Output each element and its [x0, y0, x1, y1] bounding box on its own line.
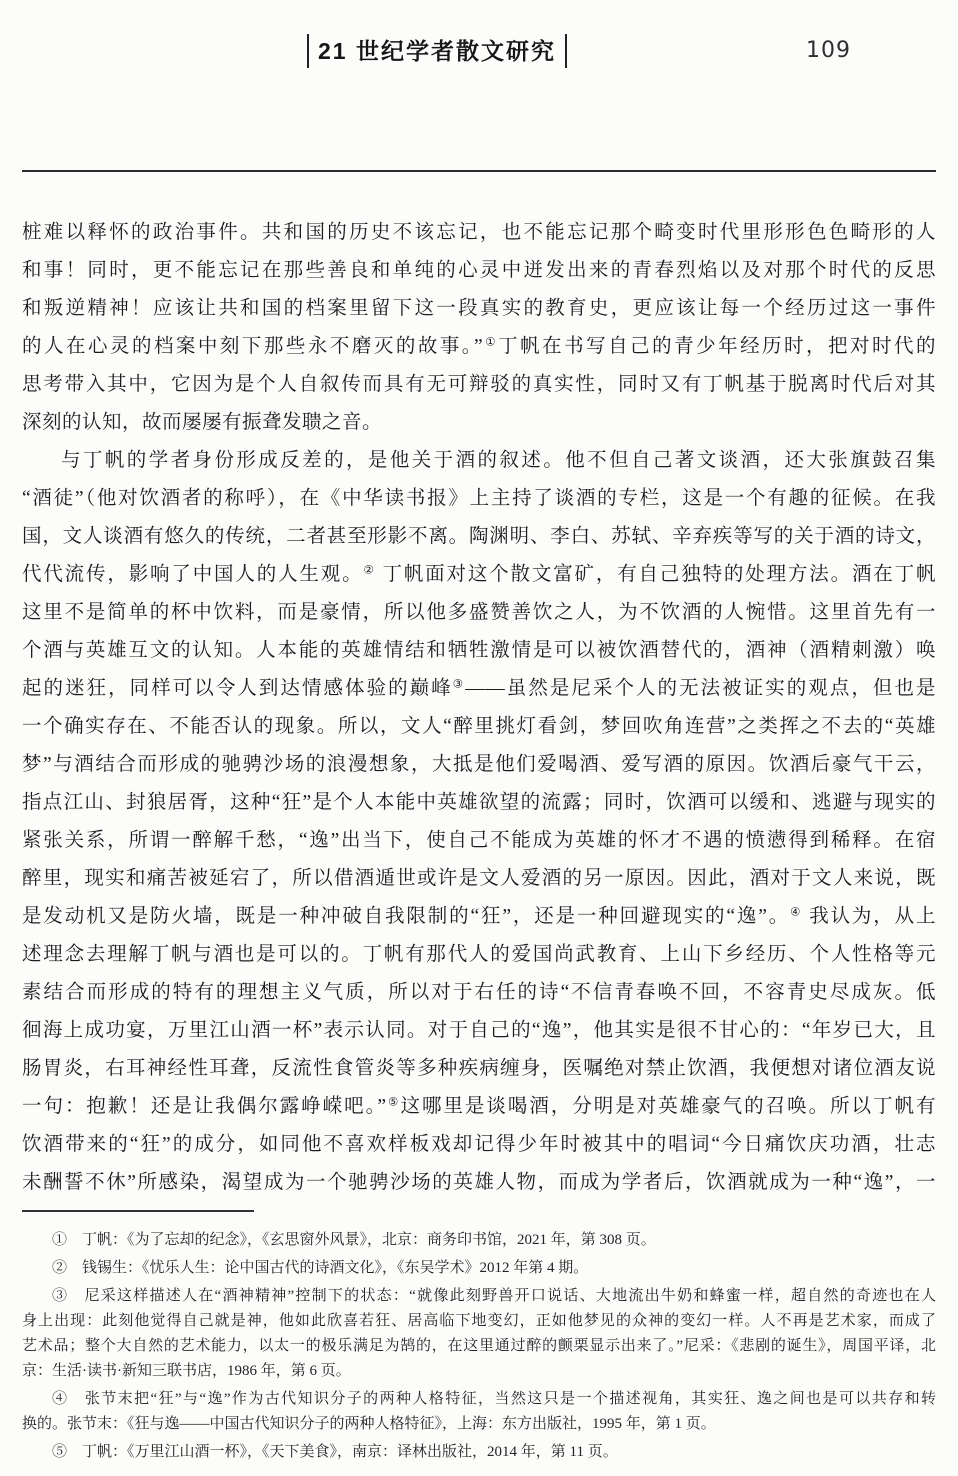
body-line: 紧张关系，所谓一醉解千愁，“逸”出当下，使自己不能成为英雄的怀才不遇的愤懑得到稀…: [22, 822, 936, 860]
footnote-ref: ④: [790, 906, 802, 919]
page-header: 21 世纪学者散文研究 109: [0, 30, 958, 72]
footnote-line: ④ 张节末把“狂”与“逸”作为古代知识分子的两种人格特征，当然这只是一个描述视角…: [22, 1387, 936, 1412]
footnote-separator: [22, 1210, 254, 1212]
body-line: 思考带入其中，它因为是个人自叙传而具有无可辩驳的真实性，同时又有丁帆基于脱离时代…: [22, 366, 936, 404]
footnote-ref: ①: [483, 336, 498, 349]
body-line: 国，文人谈酒有悠久的传统，二者甚至形影不离。陶渊明、李白、苏轼、辛弃疾等写的关于…: [22, 518, 936, 556]
footnote-line: ③ 尼采这样描述人在“酒神精神”控制下的状态：“就像此刻野兽开口说话、大地流出牛…: [22, 1284, 936, 1309]
body-line: 肠胃炎，右耳神经性耳聋，反流性食管炎等多种疾病缠身，医嘱绝对禁止饮酒，我便想对诸…: [22, 1050, 936, 1088]
body-line: 代代流传，影响了中国人的人生观。② 丁帆面对这个散文富矿，有自己独特的处理方法。…: [22, 556, 936, 594]
footnote-ref: ③: [453, 678, 466, 691]
title-divider-left: [307, 34, 309, 68]
body-line: 指点江山、封狼居胥，这种“狂”是个人本能中英雄欲望的流露；同时，饮酒可以缓和、逃…: [22, 784, 936, 822]
footnote-line: 换的。张节末：《狂与逸——中国古代知识分子的两种人格特征》，上海：东方出版社，1…: [22, 1412, 936, 1437]
body-line: 述理念去理解丁帆与酒也是可以的。丁帆有那代人的爱国尚武教育、上山下乡经历、个人性…: [22, 936, 936, 974]
footnote-item: ⑤ 丁帆：《万里江山酒一杯》，《天下美食》，南京：译林出版社，2014 年，第 …: [22, 1440, 936, 1465]
body-line: 是发动机又是防火墙，既是一种冲破自我限制的“狂”，还是一种回避现实的“逸”。④ …: [22, 898, 936, 936]
body-line: 饮酒带来的“狂”的成分，如同他不喜欢样板戏却记得少年时被其中的唱词“今日痛饮庆功…: [22, 1126, 936, 1164]
body-line: 梦”与酒结合而形成的驰骋沙场的浪漫想象，大抵是他们爱喝酒、爱写酒的原因。饮酒后豪…: [22, 746, 936, 784]
body-line: 素结合而形成的特有的理想主义气质，所以对于右任的诗“不信青春唤不回，不容青史尽成…: [22, 974, 936, 1012]
running-title: 21 世纪学者散文研究: [318, 30, 556, 72]
footnote-item: ② 钱锡生：《忧乐人生：论中国古代的诗酒文化》，《东吴学术》2012 年第 4 …: [22, 1256, 936, 1281]
page-number: 109: [806, 38, 851, 63]
footnote-ref: ②: [363, 564, 375, 577]
footnote-line: ⑤ 丁帆：《万里江山酒一杯》，《天下美食》，南京：译林出版社，2014 年，第 …: [22, 1440, 936, 1465]
body-line: 桩难以释怀的政治事件。共和国的历史不该忘记，也不能忘记那个畸变时代里形形色色畸形…: [22, 214, 936, 252]
running-title-group: 21 世纪学者散文研究: [0, 30, 916, 72]
footnote-line: ① 丁帆：《为了忘却的纪念》，《玄思窗外风景》，北京：商务印书馆，2021 年，…: [22, 1228, 936, 1253]
body-line: 一句：抱歉！还是让我偶尔露峥嵘吧。”⑤这哪里是谈喝酒，分明是对英雄豪气的召唤。所…: [22, 1088, 936, 1126]
footnotes: ① 丁帆：《为了忘却的纪念》，《玄思窗外风景》，北京：商务印书馆，2021 年，…: [22, 1228, 936, 1468]
footnote-item: ① 丁帆：《为了忘却的纪念》，《玄思窗外风景》，北京：商务印书馆，2021 年，…: [22, 1228, 936, 1253]
body-line: “酒徒”（他对饮酒者的称呼），在《中华读书报》上主持了谈酒的专栏，这是一个有趣的…: [22, 480, 936, 518]
body-line: 的人在心灵的档案中刻下那些永不磨灭的故事。”①丁帆在书写自己的青少年经历时，把对…: [22, 328, 936, 366]
footnote-item: ④ 张节末把“狂”与“逸”作为古代知识分子的两种人格特征，当然这只是一个描述视角…: [22, 1387, 936, 1437]
body-line: 深刻的认知，故而屡屡有振聋发聩之音。: [22, 404, 936, 442]
footnote-line: ② 钱锡生：《忧乐人生：论中国古代的诗酒文化》，《东吴学术》2012 年第 4 …: [22, 1256, 936, 1281]
footnote-line: 身上出现：此刻他觉得自己就是神，他如此欣喜若狂、居高临下地变幻，正如他梦见的众神…: [22, 1309, 936, 1334]
body-line: 未酬誓不休”所感染，渴望成为一个驰骋沙场的英雄人物，而成为学者后，饮酒就成为一种…: [22, 1164, 936, 1202]
body-line: 与丁帆的学者身份形成反差的，是他关于酒的叙述。他不但自己著文谈酒，还大张旗鼓召集: [22, 442, 936, 480]
title-divider-right: [565, 34, 567, 68]
body-text: 桩难以释怀的政治事件。共和国的历史不该忘记，也不能忘记那个畸变时代里形形色色畸形…: [22, 214, 936, 1202]
body-line: 个酒与英雄互文的认知。人本能的英雄情结和牺牲激情是可以被饮酒替代的，酒神（酒精刺…: [22, 632, 936, 670]
body-line: 和事！同时，更不能忘记在那些善良和单纯的心灵中迸发出来的青春烈焰以及对那个时代的…: [22, 252, 936, 290]
footnote-line: 京：生活·读书·新知三联书店，1986 年，第 6 页。: [22, 1359, 936, 1384]
body-line: 醉里，现实和痛苦被延宕了，所以借酒遁世或许是文人爱酒的另一原因。因此，酒对于文人…: [22, 860, 936, 898]
footnote-line: 艺术品；整个大自然的艺术能力，以太一的极乐满足为鹄的，在这里通过醉的颤栗显示出来…: [22, 1334, 936, 1359]
footnote-ref: ⑤: [387, 1096, 401, 1109]
body-line: 徊海上成功宴，万里江山酒一杯”表示认同。对于自己的“逸”，他其实是很不甘心的：“…: [22, 1012, 936, 1050]
header-rule: [22, 170, 936, 172]
scanned-book-page: 21 世纪学者散文研究 109 桩难以释怀的政治事件。共和国的历史不该忘记，也不…: [0, 0, 958, 1476]
body-line: 这里不是简单的杯中饮料，而是豪情，所以他多盛赞善饮之人，为不饮酒的人惋惜。这里首…: [22, 594, 936, 632]
body-line: 和叛逆精神！应该让共和国的档案里留下这一段真实的教育史，更应该让每一个经历过这一…: [22, 290, 936, 328]
footnote-item: ③ 尼采这样描述人在“酒神精神”控制下的状态：“就像此刻野兽开口说话、大地流出牛…: [22, 1284, 936, 1384]
body-line: 起的迷狂，同样可以令人到达情感体验的巅峰③——虽然是尼采个人的无法被证实的观点，…: [22, 670, 936, 708]
body-line: 一个确实存在、不能否认的现象。所以，文人“醉里挑灯看剑，梦回吹角连营”之类挥之不…: [22, 708, 936, 746]
